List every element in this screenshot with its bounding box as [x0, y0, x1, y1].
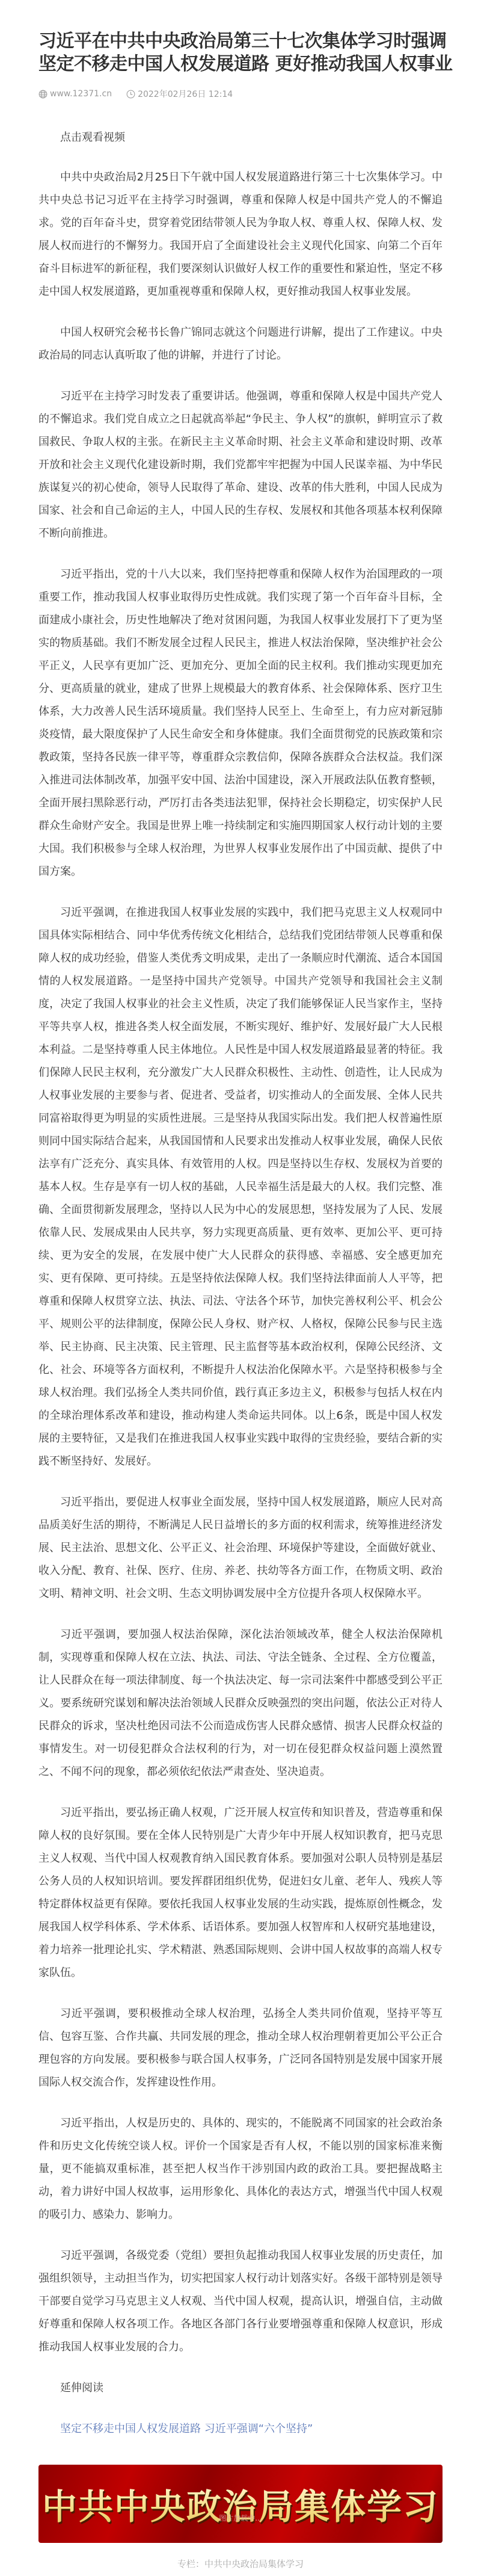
video-hint-link[interactable]: 点击观看视频: [38, 126, 443, 149]
column-caption: 专栏：中共中央政治局集体学习: [38, 2557, 443, 2570]
article-body: 点击观看视频 中共中央政治局2月25日下午就中国人权发展道路进行第三十七次集体学…: [38, 126, 443, 2441]
paragraph: 习近平强调，要加强人权法治保障，深化法治领域改革，健全人权法治保障机制，实现尊重…: [38, 1623, 443, 1784]
extended-reading-link[interactable]: 坚定不移走中国人权发展道路 习近平强调“六个坚持”: [60, 2423, 313, 2435]
paragraph: 习近平指出，要促进人权事业全面发展，坚持中国人权发展道路，顺应人民对高品质美好生…: [38, 1491, 443, 1605]
article-title: 习近平在中共中央政治局第三十七次集体学习时强调 坚定不移走中国人权发展道路 更好…: [38, 30, 443, 76]
paragraph: 习近平在主持学习时发表了重要讲话。他强调，尊重和保障人权是中国共产党人的不懈追求…: [38, 385, 443, 545]
column-banner[interactable]: 中共中央政治局集体学习 图片加载中...: [38, 2465, 443, 2543]
extended-reading-heading: 延伸阅读: [38, 2377, 443, 2400]
clock-icon: [126, 90, 135, 99]
article: 习近平在中共中央政治局第三十七次集体学习时强调 坚定不移走中国人权发展道路 更好…: [38, 0, 443, 2570]
image-loading-text: 图片加载中...: [38, 2513, 443, 2523]
datetime-item: 2022年02月26日 12:14: [126, 88, 233, 100]
globe-icon: [38, 90, 47, 99]
paragraph: 习近平指出，要弘扬正确人权观，广泛开展人权宣传和知识普及，营造尊重和保障人权的良…: [38, 1802, 443, 1985]
extended-reading-item: 坚定不移走中国人权发展道路 习近平强调“六个坚持”: [38, 2418, 443, 2441]
paragraph: 习近平强调，要积极推动全球人权治理，弘扬全人类共同价值观，坚持平等互信、包容互鉴…: [38, 2003, 443, 2094]
datetime-text: 2022年02月26日 12:14: [138, 88, 233, 100]
paragraph: 中国人权研究会秘书长鲁广锦同志就这个问题进行讲解，提出了工作建议。中央政治局的同…: [38, 321, 443, 367]
paragraph: 中共中央政治局2月25日下午就中国人权发展道路进行第三十七次集体学习。中共中央总…: [38, 166, 443, 303]
article-meta: www.12371.cn 2022年02月26日 12:14: [38, 88, 443, 100]
paragraph: 习近平强调，在推进我国人权事业发展的实践中，我们把马克思主义人权观同中国具体实际…: [38, 901, 443, 1473]
source-item: www.12371.cn: [38, 89, 112, 99]
paragraph: 习近平强调，各级党委（党组）要担负起推动我国人权事业发展的历史责任，加强组织领导…: [38, 2244, 443, 2359]
source-text: www.12371.cn: [50, 89, 112, 99]
paragraph: 习近平指出，人权是历史的、具体的、现实的，不能脱离不同国家的社会政治条件和历史文…: [38, 2112, 443, 2226]
title-line-1: 习近平在中共中央政治局第三十七次集体学习时强调: [38, 30, 443, 53]
paragraph: 习近平指出，党的十八大以来，我们坚持把尊重和保障人权作为治国理政的一项重要工作，…: [38, 563, 443, 883]
title-line-2: 坚定不移走中国人权发展道路 更好推动我国人权事业: [38, 53, 443, 76]
